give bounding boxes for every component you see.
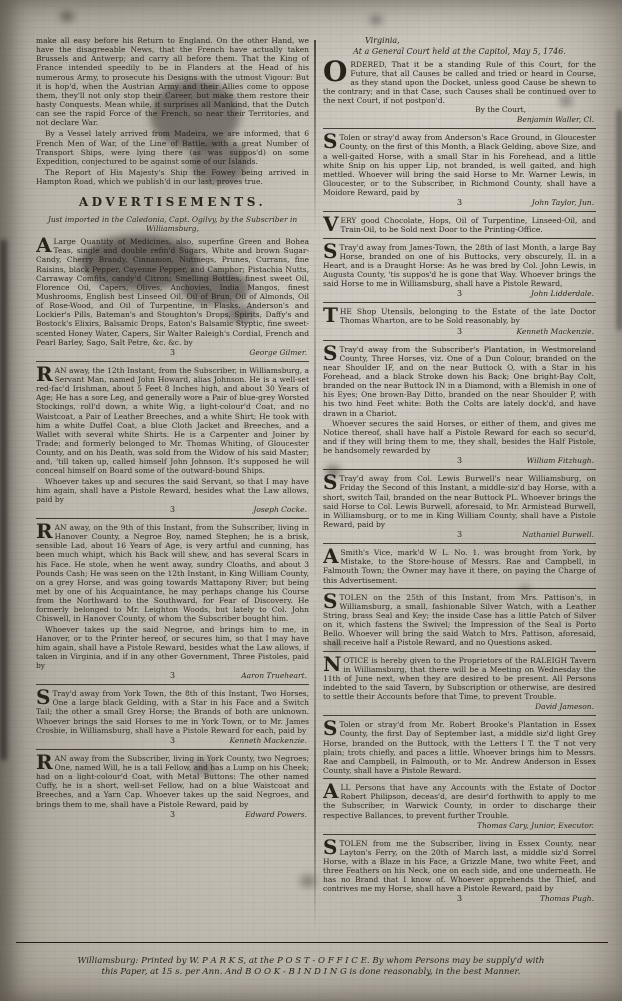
ad-smiths-vice: ASmith's Vice, mark'd W L. No. 1. was br… <box>323 548 596 585</box>
news-paragraph: The Report of His Majesty's Ship the Fow… <box>36 168 309 186</box>
ad-body: Tray'd away from James-Town, the 28th of… <box>323 243 596 289</box>
ad-foot: 3 Joseph Cocke. <box>36 505 309 515</box>
section-rule <box>36 749 309 750</box>
insertion-mark: 3 <box>457 327 462 337</box>
ad-strayed-jamestown: STray'd away from James-Town, the 28th o… <box>323 243 596 300</box>
ad-signature: Thomas Pugh. <box>540 894 594 903</box>
ad-initial: A <box>323 548 341 564</box>
ad-body: Tray'd away from the Subscriber's Planta… <box>323 345 596 418</box>
ad-body: AN away from the Subscriber, living in Y… <box>36 754 309 809</box>
section-rule <box>36 684 309 685</box>
ad-signature: Nathaniel Burwell. <box>522 530 594 539</box>
ad-strayed-yorktown: STray'd away from York Town, the 8th of … <box>36 689 309 746</box>
ad-shop-utensils: THE Shop Utensils, belonging to the Esta… <box>323 307 596 336</box>
insertion-mark: 3 <box>170 736 175 746</box>
section-rule <box>323 651 596 652</box>
ad-signature: John Lidderdale. <box>531 289 594 298</box>
section-rule <box>323 469 596 470</box>
ad-signature: Benjamin Waller, Cl. <box>517 115 594 124</box>
insertion-mark: 3 <box>170 810 175 820</box>
ad-initial: O <box>323 60 350 82</box>
ink-smudge <box>370 16 382 24</box>
ad-initial: R <box>36 754 55 770</box>
ad-raleigh-tavern-notice: NOTICE is hereby given to the Proprietor… <box>323 656 596 713</box>
imprint-line: Williamsburg: Printed by W. P A R K S, a… <box>10 956 612 968</box>
ad-runaway-howard: RAN away, the 12th Instant, from the Sub… <box>36 366 309 515</box>
insertion-mark: 3 <box>457 456 462 466</box>
advertisements-heading: ADVERTISEMENTS. <box>36 195 309 210</box>
insertion-mark: 3 <box>170 348 175 358</box>
ad-signature: Kenneth Mackenzie. <box>229 736 307 745</box>
ad-runaway-stephen: RAN away, on the 9th of this Instant, fr… <box>36 523 309 681</box>
ad-stolen-watch: STOLEN on the 25th of this Instant, from… <box>323 593 596 648</box>
ad-initial: S <box>323 474 339 490</box>
section-rule <box>323 340 596 341</box>
ad-initial: N <box>323 656 343 672</box>
page-content: make all easy before his Return to Engla… <box>36 36 596 937</box>
footer-rule <box>16 942 608 943</box>
ad-body: Tolen or stray'd from Mr. Robert Brooke'… <box>323 720 596 775</box>
ad-initial: R <box>36 523 55 539</box>
court-order: ORDERED, That it be a standing Rule of t… <box>323 60 596 126</box>
ad-body: Tolen or stray'd away from Anderson's Ra… <box>323 133 596 197</box>
ad-body: TOLEN on the 25th of this Instant, from … <box>323 593 596 648</box>
ad-body: AN away, the 12th Instant, from the Subs… <box>36 366 309 476</box>
section-rule <box>323 302 596 303</box>
ad-body-continued: Whoever takes up the said Negroe, and br… <box>36 625 309 671</box>
ad-foot: 3 John Lidderdale. <box>323 289 596 299</box>
ad-body: AN away, on the 9th of this Instant, fro… <box>36 523 309 623</box>
ad-stolen-essex-grey: STolen or stray'd from Mr. Robert Brooke… <box>323 720 596 775</box>
ad-runaway-york-county: RAN away from the Subscriber, living in … <box>36 754 309 820</box>
ad-body: Smith's Vice, mark'd W L. No. 1. was bro… <box>323 548 596 584</box>
section-rule <box>323 238 596 239</box>
ad-initial: S <box>323 345 339 361</box>
ad-medicines: ALarge Quantity of Medicines, also, supe… <box>36 237 309 358</box>
ink-smudge <box>60 12 74 21</box>
scan-edge-artifact <box>0 240 7 760</box>
ad-foot: 3 Edward Powers. <box>36 810 309 820</box>
insertion-mark: 3 <box>170 505 175 515</box>
ad-foot: 3 Kenneth Mackenzie. <box>36 736 309 746</box>
scan-edge-artifact <box>617 110 622 330</box>
ad-body: RDERED, That it be a standing Rule of th… <box>323 60 596 106</box>
ad-body: Tray'd away from Col. Lewis Burwell's ne… <box>323 474 596 529</box>
news-paragraph: make all easy before his Return to Engla… <box>36 36 309 127</box>
ad-foot: 3 George Gilmer. <box>36 348 309 358</box>
ad-initial: S <box>323 839 339 855</box>
ad-chocolate: VERY good Chocolate, Hops, Oil of Turpen… <box>323 216 596 234</box>
ad-body: LL Persons that have any Accounts with t… <box>323 783 596 819</box>
ad-strayed-burwell: STray'd away from Col. Lewis Burwell's n… <box>323 474 596 540</box>
insertion-mark: 3 <box>457 530 462 540</box>
byline: By the Court, <box>323 105 596 114</box>
ad-signature: David Jameson. <box>535 702 594 711</box>
right-column: Virginia, At a General Court held at the… <box>323 36 596 937</box>
ad-signature: Edward Powers. <box>245 810 307 819</box>
imported-line: Just imported in the Caledonia, Capt. Og… <box>42 215 303 233</box>
ad-signature: Kenneth Mackenzie. <box>516 327 594 336</box>
ad-body: TOLEN from me the Subscriber, living in … <box>323 839 596 894</box>
ad-foot: 3 Aaron Trueheart. <box>36 671 309 681</box>
ad-body: OTICE is hereby given to the Proprietors… <box>323 656 596 702</box>
court-session-line: At a General Court held at the Capitol, … <box>323 47 596 57</box>
ad-initial: S <box>323 243 339 259</box>
ad-signature: George Gilmer. <box>249 348 307 357</box>
ad-foot: 3 Nathaniel Burwell. <box>323 530 596 540</box>
section-rule <box>323 128 596 129</box>
ad-stolen-race-ground: STolen or stray'd away from Anderson's R… <box>323 133 596 208</box>
ad-initial: V <box>323 216 341 232</box>
ad-signature: John Taylor, Jun. <box>532 198 594 207</box>
ad-initial: S <box>323 593 339 609</box>
ad-signature: Thomas Cary, Junior, Executor. <box>477 821 594 830</box>
ad-body-continued: Whoever secures the said Horses, or eith… <box>323 419 596 456</box>
ad-foot: Thomas Cary, Junior, Executor. <box>323 821 596 831</box>
newspaper-page: make all easy before his Return to Engla… <box>0 0 622 1001</box>
imprint-line: this Paper, at 15 s. per Ann. And B O O … <box>10 967 612 979</box>
column-divider-rule <box>314 40 316 931</box>
ad-body: HE Shop Utensils, belonging to the Estat… <box>340 307 596 325</box>
ad-foot: 3 William Fitzhugh. <box>323 456 596 466</box>
ad-foot: 3 Thomas Pugh. <box>323 894 596 904</box>
colony-name: Virginia, <box>365 36 596 46</box>
section-rule <box>323 834 596 835</box>
section-rule <box>323 588 596 589</box>
section-rule <box>323 778 596 779</box>
insertion-mark: 3 <box>457 198 462 208</box>
insertion-mark: 3 <box>170 671 175 681</box>
ad-signature: William Fitzhugh. <box>527 456 594 465</box>
ad-foot: 3 Kenneth Mackenzie. <box>323 327 596 337</box>
ad-initial: A <box>36 237 54 253</box>
ad-initial: R <box>36 366 55 382</box>
ad-body-continued: Whoever takes up and secures the said Se… <box>36 477 309 504</box>
ad-body: Large Quantity of Medicines, also, super… <box>36 237 309 347</box>
ad-initial: A <box>323 783 341 799</box>
imprint-footer: Williamsburg: Printed by W. P A R K S, a… <box>10 956 612 979</box>
left-column: make all easy before his Return to Engla… <box>36 36 309 937</box>
ad-initial: S <box>323 133 339 149</box>
ad-estate-philipson: ALL Persons that have any Accounts with … <box>323 783 596 831</box>
insertion-mark: 3 <box>457 289 462 299</box>
section-rule <box>36 361 309 362</box>
ad-initial: S <box>323 720 339 736</box>
ad-body: ERY good Chocolate, Hops, Oil of Turpent… <box>341 216 596 234</box>
news-paragraph: By a Vessel lately arrived from Madeira,… <box>36 129 309 166</box>
section-rule <box>323 715 596 716</box>
ad-signature: Aaron Trueheart. <box>241 671 307 680</box>
section-rule <box>323 211 596 212</box>
ad-strayed-westmoreland: STray'd away from the Subscriber's Plant… <box>323 345 596 467</box>
ad-foot: David Jameson. <box>323 702 596 712</box>
ad-initial: T <box>323 307 340 323</box>
section-rule <box>36 518 309 519</box>
ad-initial: S <box>36 689 52 705</box>
ad-foot: 3 John Taylor, Jun. <box>323 198 596 208</box>
section-rule <box>323 543 596 544</box>
insertion-mark: 3 <box>457 894 462 904</box>
ad-signature: Joseph Cocke. <box>253 505 307 514</box>
ad-foot: Benjamin Waller, Cl. <box>323 115 596 125</box>
ad-stolen-sorrel: STOLEN from me the Subscriber, living in… <box>323 839 596 905</box>
ad-body: Tray'd away from York Town, the 8th of t… <box>36 689 309 735</box>
